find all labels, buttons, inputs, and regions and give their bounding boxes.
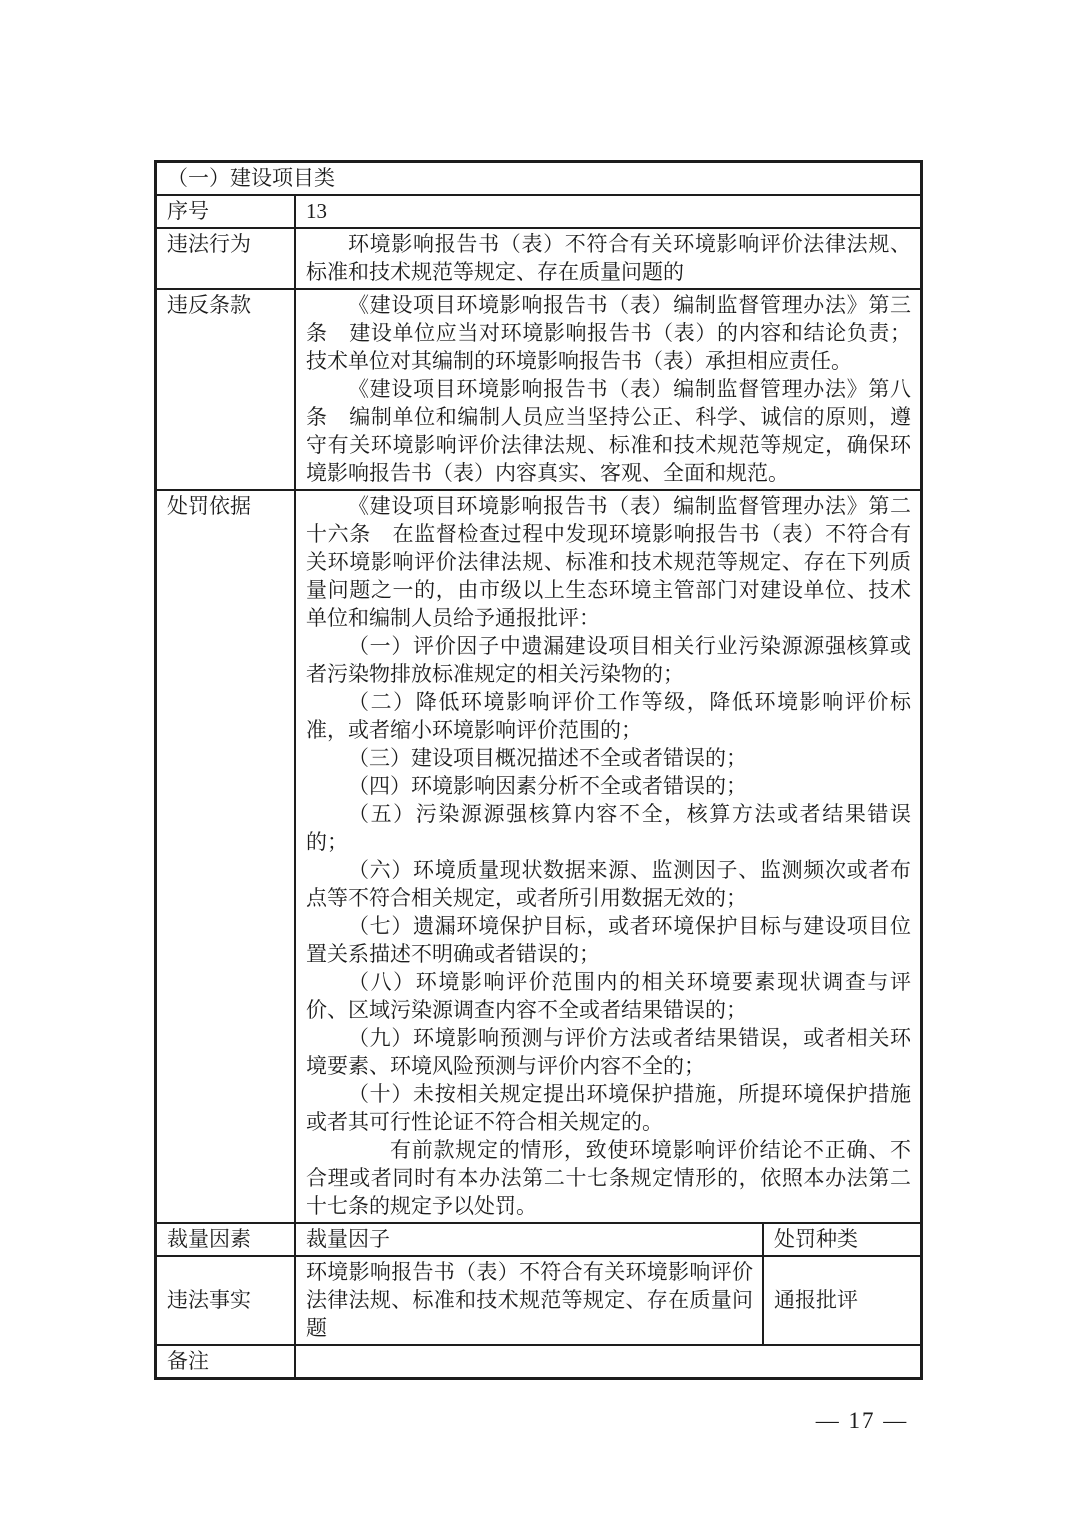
remarks-row: 备注 <box>157 1344 920 1377</box>
basis-item-7: （七）遗漏环境保护目标，或者环境保护目标与建设项目位置关系描述不明确或者错误的； <box>306 912 911 968</box>
penalty-type-value: 通报批评 <box>762 1257 920 1344</box>
illegal-fact-text: 环境影响报告书（表）不符合有关环境影响评价法律法规、标准和技术规范等规定、存在质… <box>306 1258 753 1342</box>
violated-clause-row: 违反条款 《建设项目环境影响报告书（表）编制监督管理办法》第三条 建设单位应当对… <box>157 288 920 489</box>
basis-closing-paragraph: 有前款规定的情形，致使环境影响评价结论不正确、不合理或者同时有本办法第二十七条规… <box>306 1136 911 1220</box>
category-header-row: （一）建设项目类 <box>157 163 920 194</box>
violated-clause-cell: 《建设项目环境影响报告书（表）编制监督管理办法》第三条 建设单位应当对环境影响报… <box>296 290 920 489</box>
discretion-factor-header: 裁量因子 <box>296 1224 762 1255</box>
basis-item-6: （六）环境质量现状数据来源、监测因子、监测频次或者布点等不符合相关规定，或者所引… <box>306 856 911 912</box>
discretion-header-row: 裁量因素 裁量因子 处罚种类 <box>157 1222 920 1255</box>
basis-item-5: （五）污染源源强核算内容不全，核算方法或者结果错误的； <box>306 800 911 856</box>
basis-item-8: （八）环境影响评价范围内的相关环境要素现状调查与评价、区域污染源调查内容不全或者… <box>306 968 911 1024</box>
penalty-basis-cell: 《建设项目环境影响报告书（表）编制监督管理办法》第二十六条 在监督检查过程中发现… <box>296 491 920 1222</box>
serial-number-row: 序号 13 <box>157 194 920 227</box>
penalty-discretion-table: （一）建设项目类 序号 13 违法行为 环境影响报告书（表）不符合有关环境影响评… <box>154 160 923 1380</box>
illegal-act-label: 违法行为 <box>157 229 296 288</box>
illegal-act-cell: 环境影响报告书（表）不符合有关环境影响评价法律法规、标准和技术规范等规定、存在质… <box>296 229 920 288</box>
basis-item-4: （四）环境影响因素分析不全或者错误的； <box>306 772 911 800</box>
basis-item-1: （一）评价因子中遗漏建设项目相关行业污染源源强核算或者污染物排放标准规定的相关污… <box>306 632 911 688</box>
illegal-fact-cell: 环境影响报告书（表）不符合有关环境影响评价法律法规、标准和技术规范等规定、存在质… <box>296 1257 762 1344</box>
violated-clause-label: 违反条款 <box>157 290 296 489</box>
illegal-act-row: 违法行为 环境影响报告书（表）不符合有关环境影响评价法律法规、标准和技术规范等规… <box>157 227 920 288</box>
remarks-label: 备注 <box>157 1346 296 1377</box>
basis-item-10: （十）未按相关规定提出环境保护措施，所提环境保护措施或者其可行性论证不符合相关规… <box>306 1080 911 1136</box>
basis-paragraph: 《建设项目环境影响报告书（表）编制监督管理办法》第二十六条 在监督检查过程中发现… <box>306 492 911 632</box>
penalty-basis-label: 处罚依据 <box>157 491 296 1222</box>
illegal-act-text: 环境影响报告书（表）不符合有关环境影响评价法律法规、标准和技术规范等规定、存在质… <box>306 230 911 286</box>
discretion-factor-label: 裁量因素 <box>157 1224 296 1255</box>
remarks-value <box>296 1346 920 1377</box>
category-header: （一）建设项目类 <box>157 163 920 194</box>
penalty-type-header: 处罚种类 <box>762 1224 920 1255</box>
basis-item-9: （九）环境影响预测与评价方法或者结果错误，或者相关环境要素、环境风险预测与评价内… <box>306 1024 911 1080</box>
clause-paragraph: 《建设项目环境影响报告书（表）编制监督管理办法》第八条 编制单位和编制人员应当坚… <box>306 375 911 487</box>
basis-item-3: （三）建设项目概况描述不全或者错误的； <box>306 744 911 772</box>
page-number: — 17 — <box>806 1408 918 1434</box>
illegal-fact-row: 违法事实 环境影响报告书（表）不符合有关环境影响评价法律法规、标准和技术规范等规… <box>157 1255 920 1344</box>
serial-number-value: 13 <box>296 196 920 227</box>
clause-paragraph: 《建设项目环境影响报告书（表）编制监督管理办法》第三条 建设单位应当对环境影响报… <box>306 291 911 375</box>
illegal-fact-label: 违法事实 <box>157 1257 296 1344</box>
penalty-basis-row: 处罚依据 《建设项目环境影响报告书（表）编制监督管理办法》第二十六条 在监督检查… <box>157 489 920 1222</box>
basis-item-2: （二）降低环境影响评价工作等级，降低环境影响评价标准，或者缩小环境影响评价范围的… <box>306 688 911 744</box>
serial-number-label: 序号 <box>157 196 296 227</box>
